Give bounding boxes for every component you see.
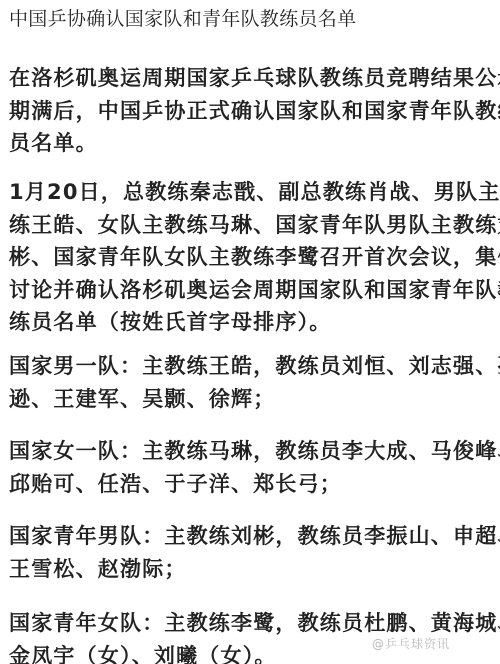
- paragraph-youth-men-team: 国家青年男队：主教练刘彬，教练员李振山、申超、 王雪松、赵渤际；: [9, 520, 500, 585]
- text-line: 期满后，中国乒协正式确认国家队和国家青年队教练: [9, 95, 500, 128]
- text-line: 王雪松、赵渤际；: [9, 553, 500, 586]
- watermark: @乒乓球资讯: [372, 635, 450, 652]
- text-line: 国家青年男队：主教练刘彬，教练员李振山、申超、: [9, 520, 500, 553]
- text-line: 在洛杉矶奥运周期国家乒乓球队教练员竞聘结果公示: [9, 62, 500, 95]
- paragraph-men-team: 国家男一队：主教练王皓，教练员刘恒、刘志强、孙 逊、王建军、吴颢、徐辉；: [9, 350, 500, 415]
- text-line: 国家男一队：主教练王皓，教练员刘恒、刘志强、孙: [9, 350, 500, 383]
- text-line: 邱贻可、任浩、于子洋、郑长弓；: [9, 468, 500, 501]
- text-line: 彬、国家青年队女队主教练李鹭召开首次会议，集体: [9, 241, 500, 274]
- article-page: 中国乒协确认国家队和青年队教练员名单 在洛杉矶奥运周期国家乒乓球队教练员竞聘结果…: [0, 0, 500, 664]
- paragraph-meeting: 1月20日，总教练秦志戬、副总教练肖战、男队主教 练王皓、女队主教练马琳、国家青…: [9, 176, 500, 339]
- text-line: 1月20日，总教练秦志戬、副总教练肖战、男队主教: [9, 176, 500, 209]
- text-line: 员名单。: [9, 127, 500, 160]
- text-line: 讨论并确认洛杉矶奥运会周期国家队和国家青年队教: [9, 274, 500, 307]
- paragraph-intro: 在洛杉矶奥运周期国家乒乓球队教练员竞聘结果公示 期满后，中国乒协正式确认国家队和…: [9, 62, 500, 160]
- paragraph-women-team: 国家女一队：主教练马琳，教练员李大成、马俊峰、 邱贻可、任浩、于子洋、郑长弓；: [9, 435, 500, 500]
- text-line: 国家女一队：主教练马琳，教练员李大成、马俊峰、: [9, 435, 500, 468]
- text-line: 练王皓、女队主教练马琳、国家青年队男队主教练刘: [9, 209, 500, 242]
- article-title: 中国乒协确认国家队和青年队教练员名单: [9, 6, 356, 32]
- text-line: 练员名单（按姓氏首字母排序）。: [9, 306, 500, 339]
- text-line: 逊、王建军、吴颢、徐辉；: [9, 383, 500, 416]
